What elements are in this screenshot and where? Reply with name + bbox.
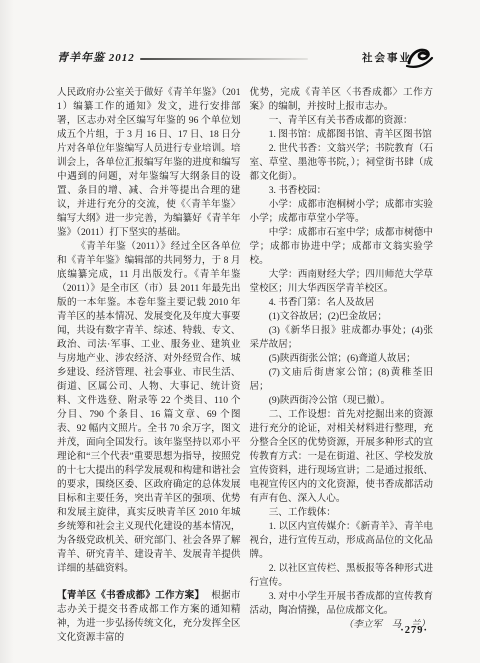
paragraph-text: 1. 图书馆：成都图书馆、青羊区图书馆 bbox=[269, 129, 432, 140]
paragraph-text: (7)文庙后街唐家公馆；(8)黄稚荃旧居； bbox=[250, 367, 434, 392]
paragraph: 4. 书香门第：名人及故居 bbox=[250, 296, 434, 310]
paragraph-text: 一、青羊区有关书香成都的资源： bbox=[269, 115, 413, 126]
paragraph: 中学：成都市石室中学；成都市树德中学；成都市协进中学；成都市文翁实验学校。 bbox=[250, 226, 434, 268]
paragraph-text: (1)文谷故居；(2)巴金故居； bbox=[269, 311, 387, 322]
paragraph: 一、青羊区有关书香成都的资源： bbox=[250, 114, 434, 128]
paragraph: (3)《新华日报》驻成都办事处；(4)张采芹故居； bbox=[250, 324, 434, 352]
paragraph-text: 2. 世代书香：文翁兴学；书院教育（石室、草堂、墨池等书院，）；祠堂街书肆（成都… bbox=[250, 143, 434, 182]
paragraph-text: 3. 书香校园： bbox=[269, 185, 327, 196]
left-column: 人民政府办公室关于做好《青羊年鉴》（2011）编纂工作的通知》发文，进行安排部署… bbox=[57, 86, 241, 645]
paragraph: 3. 书香校园： bbox=[250, 184, 434, 198]
paragraph: (9)陕西街冷公馆（现已撤）。 bbox=[250, 394, 434, 408]
paragraph: 1. 以区内宣传媒介：《新青羊》、青羊电视台，进行宣传互动，形成高品位的文化品牌… bbox=[250, 520, 434, 562]
paragraph-text: 二、工作设想：首先对挖掘出来的资源进行充分的论证，对相关材料进行整理，充分整合全… bbox=[250, 409, 434, 504]
paragraph: 1. 图书馆：成都图书馆、青羊区图书馆 bbox=[250, 128, 434, 142]
paragraph: 2. 世代书香：文翁兴学；书院教育（石室、草堂、墨池等书院，）；祠堂街书肆（成都… bbox=[250, 142, 434, 184]
paragraph-text: 小学：成都市泡桐树小学；成都市实验小学；成都市草堂小学等。 bbox=[250, 199, 434, 224]
paragraph-text: 1. 以区内宣传媒介：《新青羊》、青羊电视台，进行宣传互动，形成高品位的文化品牌… bbox=[250, 521, 434, 560]
paragraph-text: (9)陕西街冷公馆（现已撤）。 bbox=[269, 395, 391, 406]
paragraph: (7)文庙后街唐家公馆；(8)黄稚荃旧居； bbox=[250, 366, 434, 394]
paragraph: 二、工作设想：首先对挖掘出来的资源进行充分的论证，对相关材料进行整理，充分整合全… bbox=[250, 408, 434, 506]
paragraph: (5)陕西街张公馆；(6)聋道人故居； bbox=[250, 352, 434, 366]
paragraph: 大学：西南财经大学；四川师范大学草堂校区；川大华西医学青羊校区。 bbox=[250, 268, 434, 296]
page-number: ·279· bbox=[400, 625, 428, 636]
paragraph: 《青羊年鉴（2011）》经过全区各单位和《青羊年鉴》编辑部的共同努力，于 8 月… bbox=[57, 240, 241, 576]
calligraphic-swirl-icon bbox=[405, 46, 435, 70]
paragraph: 3. 对中小学生开展书香成都的宣传教育活动，陶冶情操，品位成都文化。 bbox=[250, 590, 434, 618]
paragraph-text: 《青羊年鉴（2011）》经过全区各单位和《青羊年鉴》编辑部的共同努力，于 8 月… bbox=[57, 241, 241, 574]
yearbook-page: 青羊年鉴 2012 社会事业 人民政府办公室关于做好《青羊年鉴》（2011）编纂… bbox=[0, 0, 480, 663]
paragraph: (1)文谷故居；(2)巴金故居； bbox=[250, 310, 434, 324]
paragraph-text: 4. 书香门第：名人及故居 bbox=[269, 297, 375, 308]
paragraph-text: 大学：西南财经大学；四川师范大学草堂校区；川大华西医学青羊校区。 bbox=[250, 269, 434, 294]
paragraph: 小学：成都市泡桐树小学；成都市实验小学；成都市草堂小学等。 bbox=[250, 198, 434, 226]
paragraph-text: 人民政府办公室关于做好《青羊年鉴》（2011）编纂工作的通知》发文，进行安排部署… bbox=[57, 87, 241, 238]
paragraph-text: 2. 以社区宣传栏、黑板报等各种形式进行宣传。 bbox=[250, 563, 434, 588]
running-head-book-title: 青羊年鉴 2012 bbox=[57, 49, 135, 65]
entry-title: 【青羊区《书香成都》工作方案】 bbox=[57, 590, 204, 601]
paragraph: 人民政府办公室关于做好《青羊年鉴》（2011）编纂工作的通知》发文，进行安排部署… bbox=[57, 86, 241, 240]
right-column: 优势，完成《青羊区〈书香成都〉工作方案》的编制，并按时上报市志办。一、青羊区有关… bbox=[250, 86, 434, 645]
entry-paragraph: 【青羊区《书香成都》工作方案】根据市志办关于提交书香成都工作方案的通知精神，为进… bbox=[57, 589, 241, 645]
paragraph: 三、工作载体： bbox=[250, 506, 434, 520]
page-header: 青羊年鉴 2012 社会事业 bbox=[0, 45, 480, 69]
paragraph-text: 优势，完成《青羊区〈书香成都〉工作方案》的编制，并按时上报市志办。 bbox=[250, 87, 434, 112]
paragraph-text: (3)《新华日报》驻成都办事处；(4)张采芹故居； bbox=[250, 325, 434, 350]
paragraph: 2. 以社区宣传栏、黑板报等各种形式进行宣传。 bbox=[250, 562, 434, 590]
header-rule bbox=[140, 58, 308, 60]
paragraph: 优势，完成《青羊区〈书香成都〉工作方案》的编制，并按时上报市志办。 bbox=[250, 86, 434, 114]
paragraph-text: 中学：成都市石室中学；成都市树德中学；成都市协进中学；成都市文翁实验学校。 bbox=[250, 227, 434, 266]
two-column-text-body: 人民政府办公室关于做好《青羊年鉴》（2011）编纂工作的通知》发文，进行安排部署… bbox=[57, 86, 433, 645]
paragraph-text: 3. 对中小学生开展书香成都的宣传教育活动，陶冶情操，品位成都文化。 bbox=[250, 591, 434, 616]
paragraph-text: 三、工作载体： bbox=[269, 507, 336, 518]
paragraph-text: (5)陕西街张公馆；(6)聋道人故居； bbox=[269, 353, 416, 364]
